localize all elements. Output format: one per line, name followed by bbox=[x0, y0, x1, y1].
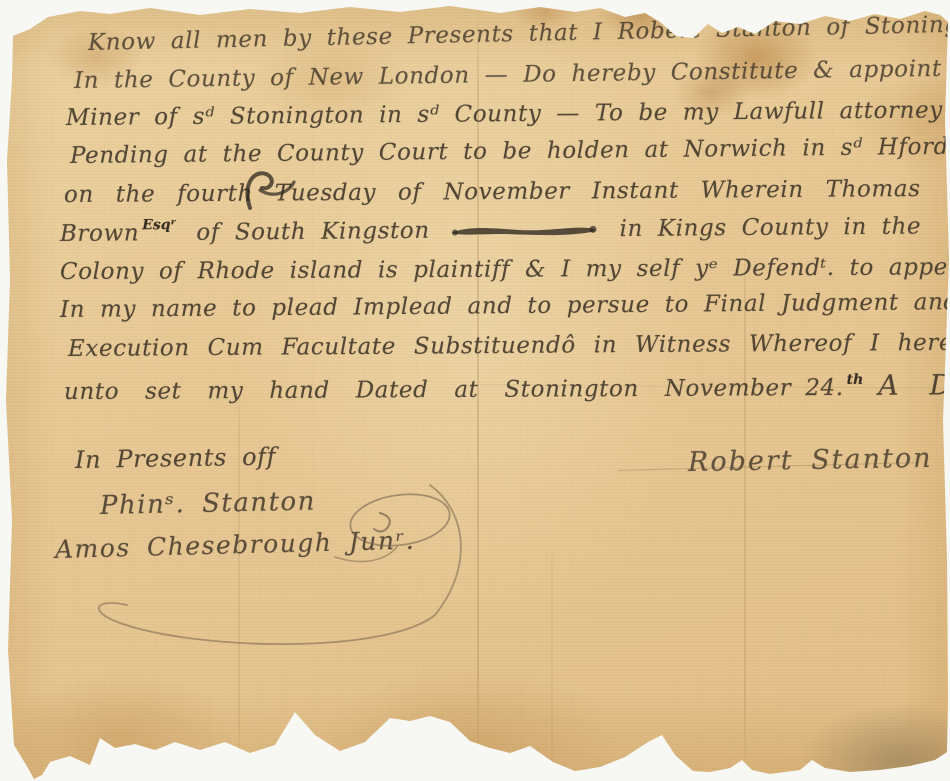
line6-esquire-superscript: Esqʳ bbox=[142, 217, 176, 233]
fold-crease-right bbox=[744, 240, 746, 781]
manuscript-line-6: BrownEsqʳ of South Kingston in Kings Cou… bbox=[60, 213, 921, 247]
manuscript-line-1: Know all men by these Presents that I Ro… bbox=[88, 11, 950, 56]
manuscript-line-4: Pending at the County Court to be holden… bbox=[70, 133, 950, 170]
aged-paper-sheet: Know all men by these Presents that I Ro… bbox=[0, 0, 950, 781]
witness-heading: In Presents off bbox=[75, 443, 277, 474]
line6-defendant-name: Brown bbox=[60, 220, 139, 247]
line6-county: in Kings County in the bbox=[619, 213, 921, 242]
line6-place: of South Kingston bbox=[196, 218, 430, 246]
line10-day-number: 24. bbox=[805, 375, 844, 401]
scanned-manuscript-page: { "colors": { "paper": "#e7c894", "ink":… bbox=[0, 0, 950, 781]
ink-strikethrough-blot bbox=[449, 219, 601, 242]
manuscript-line-9: Execution Cum Facultate Substituendô in … bbox=[68, 330, 950, 363]
line10-ordinal-superscript: th bbox=[847, 372, 864, 388]
manuscript-line-2: In the County of New London — Do hereby … bbox=[74, 54, 950, 94]
line10-dated-text: unto set my hand Dated at Stonington Nov… bbox=[64, 375, 791, 405]
manuscript-line-5: on the fourth Tuesday of November Instan… bbox=[64, 176, 921, 208]
manuscript-line-8: In my name to plead Implead and to persu… bbox=[60, 289, 950, 323]
manuscript-line-10: unto set my hand Dated at Stonington Nov… bbox=[64, 369, 950, 406]
fold-crease-faint bbox=[551, 540, 553, 781]
witness-signature-2: Amos Chesebrough Junʳ. bbox=[55, 527, 416, 565]
witness-signature-1: Phinˢ. Stanton bbox=[100, 487, 317, 521]
manuscript-line-7: Colony of Rhode island is plaintiff & I … bbox=[60, 254, 948, 285]
manuscript-line-3: Miner of sᵈ Stonington in sᵈ County — To… bbox=[66, 96, 950, 131]
line10-year: A D 1766 bbox=[878, 368, 950, 402]
fold-crease-left bbox=[238, 380, 240, 781]
robert-stanton-signature: Robert Stanton bbox=[688, 443, 933, 478]
